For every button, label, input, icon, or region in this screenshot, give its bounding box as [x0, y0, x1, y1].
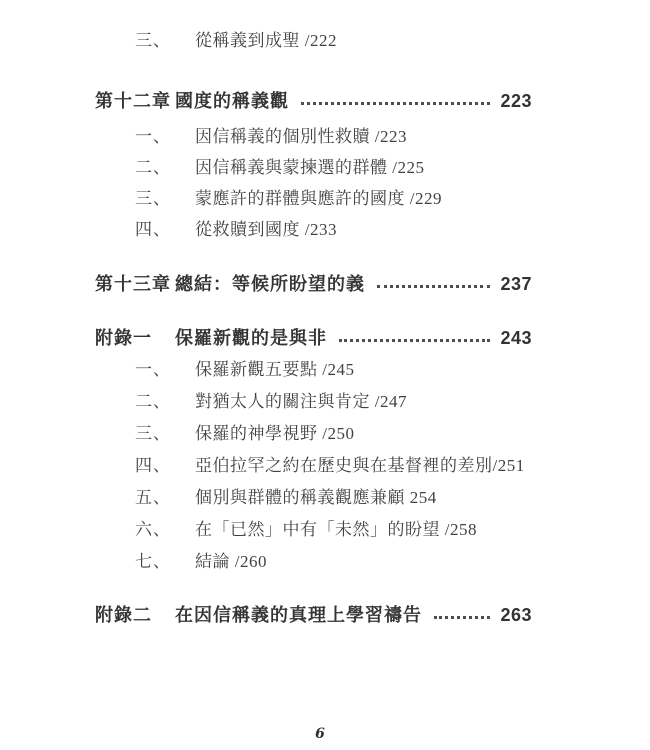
item-text: 亞伯拉罕之約在歷史與在基督裡的差別/251: [195, 455, 525, 477]
item-number: 四、: [135, 219, 195, 241]
toc-chapter-row: 第十二章 國度的稱義觀 223: [95, 90, 532, 112]
appendix-page-number: 243: [500, 327, 532, 349]
item-number: 二、: [135, 157, 195, 179]
chapter-label: 第十三章: [95, 273, 175, 295]
dot-leader: [301, 102, 490, 105]
toc-sub-row: 二、 對猶太人的關注與肯定 /247: [95, 391, 532, 413]
toc-sub-row: 一、 因信稱義的個別性救贖 /223: [95, 126, 532, 148]
toc-sub-row: 二、 因信稱義與蒙揀選的群體 /225: [95, 157, 532, 179]
item-text: 因信稱義的個別性救贖 /223: [195, 126, 407, 148]
item-number: 一、: [135, 126, 195, 148]
appendix-label: 附錄二: [95, 604, 175, 626]
chapter-title: 國度的稱義觀: [175, 90, 289, 112]
item-number: 三、: [135, 30, 195, 52]
item-number: 一、: [135, 359, 195, 381]
toc-sub-row: 三、 蒙應許的群體與應許的國度 /229: [95, 188, 532, 210]
item-text: 從救贖到國度 /233: [195, 219, 337, 241]
item-number: 七、: [135, 551, 195, 573]
item-text: 保羅的神學視野 /250: [195, 423, 354, 445]
item-text: 因信稱義與蒙揀選的群體 /225: [195, 157, 424, 179]
dot-leader: [377, 285, 490, 288]
item-number: 三、: [135, 188, 195, 210]
toc-sub-row: 六、 在「已然」中有「未然」的盼望 /258: [95, 519, 532, 541]
item-text: 在「已然」中有「未然」的盼望 /258: [195, 519, 477, 541]
appendix-label: 附錄一: [95, 327, 175, 349]
item-text: 對猶太人的關注與肯定 /247: [195, 391, 407, 413]
toc-sub-row: 四、 從救贖到國度 /233: [95, 219, 532, 241]
item-number: 四、: [135, 455, 195, 477]
toc-sub-row: 四、 亞伯拉罕之約在歷史與在基督裡的差別/251: [95, 455, 532, 477]
chapter-page-number: 237: [500, 273, 532, 295]
item-text: 結論 /260: [195, 551, 267, 573]
dot-leader: [434, 616, 490, 619]
toc-sub-row: 三、 保羅的神學視野 /250: [95, 423, 532, 445]
item-number: 六、: [135, 519, 195, 541]
appendix-page-number: 263: [500, 604, 532, 626]
item-number: 三、: [135, 423, 195, 445]
table-of-contents: 三、 從稱義到成聖 /222 第十二章 國度的稱義觀 223 一、 因信稱義的個…: [0, 0, 650, 626]
item-number: 二、: [135, 391, 195, 413]
item-text: 保羅新觀五要點 /245: [195, 359, 354, 381]
book-page: 三、 從稱義到成聖 /222 第十二章 國度的稱義觀 223 一、 因信稱義的個…: [0, 0, 650, 750]
chapter-page-number: 223: [500, 90, 532, 112]
item-text: 蒙應許的群體與應許的國度 /229: [195, 188, 442, 210]
chapter-title: 總結：等候所盼望的義: [175, 273, 365, 295]
toc-sub-row: 五、 個別與群體的稱義觀應兼顧 254: [95, 487, 532, 509]
toc-appendix-row: 附錄一 保羅新觀的是與非 243: [95, 327, 532, 349]
toc-sub-row: 三、 從稱義到成聖 /222: [95, 30, 532, 52]
dot-leader: [339, 339, 490, 342]
appendix-title: 保羅新觀的是與非: [175, 327, 327, 349]
toc-sub-row: 一、 保羅新觀五要點 /245: [95, 359, 532, 381]
appendix-title: 在因信稱義的真理上學習禱告: [175, 604, 422, 626]
item-text: 從稱義到成聖 /222: [195, 30, 337, 52]
toc-sub-row: 七、 結論 /260: [95, 551, 532, 573]
item-number: 五、: [135, 487, 195, 509]
page-number: 6: [0, 726, 640, 742]
toc-chapter-row: 第十三章 總結：等候所盼望的義 237: [95, 273, 532, 295]
toc-appendix-row: 附錄二 在因信稱義的真理上學習禱告 263: [95, 604, 532, 626]
item-text: 個別與群體的稱義觀應兼顧 254: [195, 487, 437, 509]
chapter-label: 第十二章: [95, 90, 175, 112]
